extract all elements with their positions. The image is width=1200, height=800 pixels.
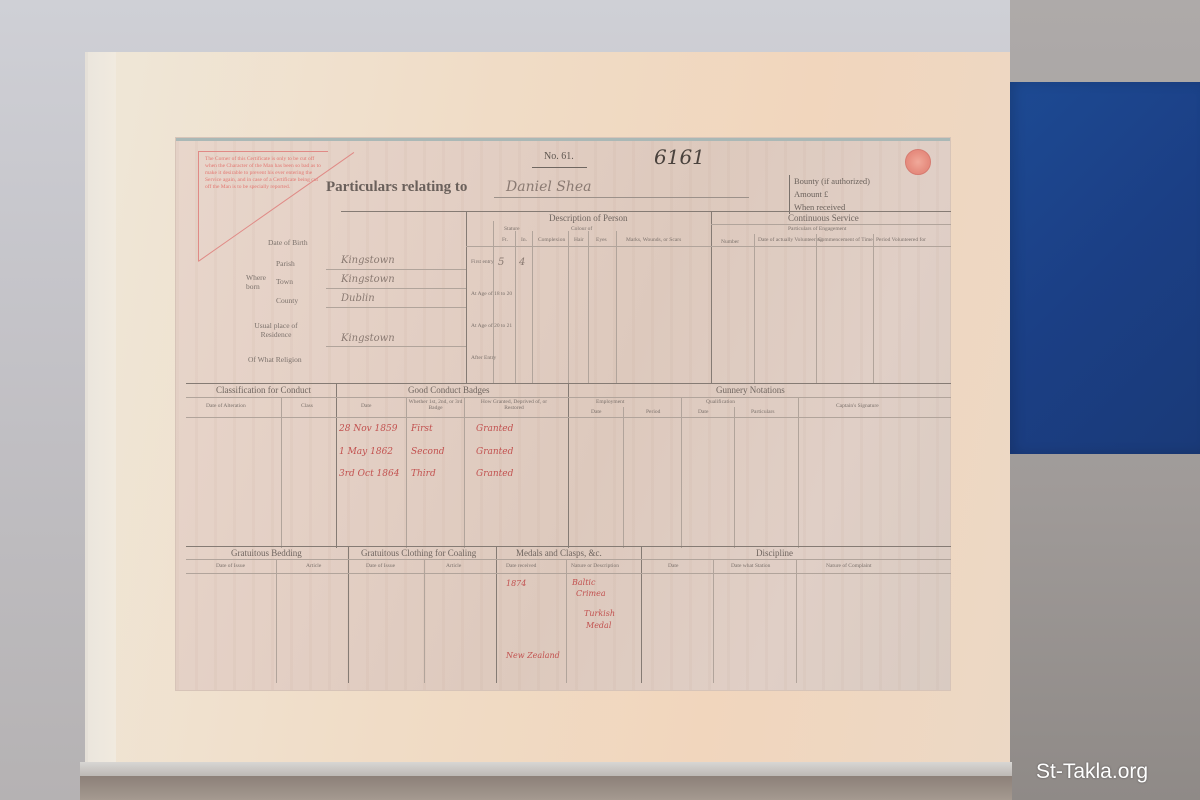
rule [336,383,337,548]
county-value: Dublin [341,293,375,304]
row-age-20-21: At Age of 20 to 21 [471,323,512,329]
parish-label: Parish [276,259,295,268]
rule [734,407,735,548]
religion-label: Of What Religion [248,355,302,364]
gunnery-col-period: Period [646,409,660,415]
clothing-col-date: Date of Issue [366,563,395,569]
stature-in-value: 4 [519,257,525,268]
badge-1-which: First [411,424,433,434]
medal-note-5: New Zealand [506,651,560,660]
rule [568,231,569,383]
rule [424,559,425,683]
rule [326,307,466,308]
discipline-header: Discipline [756,548,793,558]
class-col-class: Class [301,403,313,409]
rule [186,573,951,574]
cs-col-number: Number [721,239,739,245]
badge-col-how: How Granted, Deprived of, or Restored [474,399,554,411]
badge-2-how: Granted [476,447,513,457]
form-number: No. 61. [544,151,574,162]
medals-col-date: Date received [506,563,536,569]
bedding-header: Gratuitous Bedding [231,548,302,558]
rule [186,559,951,560]
gunnery-sub-employment: Employment [596,399,624,405]
rule [798,397,799,548]
rule [532,231,533,383]
red-corner-note: The Corner of this Certificate is only t… [198,151,328,261]
date-of-birth-label: Date of Birth [268,238,308,247]
gunnery-col-date2: Date [698,409,708,415]
marks-label: Marks, Wounds, or Scars [626,237,681,243]
rule [466,246,951,247]
rule [754,234,755,383]
rule [341,211,951,212]
badge-2-date: 1 May 1862 [339,447,393,457]
rule [348,546,349,683]
residence-label: Usual place of Residence [246,321,306,339]
rule [641,546,642,683]
residence-value: Kingstown [341,333,395,344]
gunnery-col-particulars: Particulars [751,409,775,415]
serial-number: 6161 [654,145,705,169]
medal-date: 1874 [506,579,526,588]
rule [616,231,617,383]
rule [873,234,874,383]
town-value: Kingstown [341,274,395,285]
blue-panel [1006,82,1200,454]
discipline-col-complaint: Nature of Complaint [826,563,872,569]
parish-value: Kingstown [341,255,395,266]
gunnery-header: Gunnery Notations [716,385,785,395]
row-after-entry: After Entry [471,355,496,361]
description-header: Description of Person [549,213,628,223]
continuous-service-header: Continuous Service [788,213,859,223]
medals-header: Medals and Clasps, &c. [516,548,602,558]
badge-3-which: Third [411,469,436,479]
rule [466,211,467,383]
class-col-date: Date of Alteration [206,403,246,409]
form-number-underline [532,167,587,168]
badge-2-which: Second [411,447,445,457]
badges-header: Good Conduct Badges [408,385,490,395]
medal-note-4: Medal [586,621,611,630]
rule [515,231,516,383]
rule [566,559,567,683]
watermark: St-Takla.org [1036,760,1148,784]
badge-1-date: 28 Nov 1859 [339,424,397,434]
gunnery-col-signature: Captain's Signature [836,403,879,409]
ft-label: Ft. [502,237,508,243]
medal-note-3: Turkish [584,609,615,618]
service-certificate: The Corner of this Certificate is only t… [176,138,950,690]
row-first-entry: First entry [471,259,494,265]
bounty-line-1: Bounty (if authorized) [794,175,870,188]
gunnery-col-date: Date [591,409,601,415]
complexion-label: Complexion [538,237,565,243]
rule [796,559,797,683]
cs-col-period: Period Volunteered for [876,237,926,243]
gunnery-sub-qualification: Qualification [706,399,735,405]
bedding-col-date: Date of Issue [216,563,245,569]
town-label: Town [276,277,293,286]
colour-label: Colour of [571,226,592,232]
document-title: Particulars relating to [326,179,467,196]
clothing-header: Gratuitous Clothing for Coaling [361,548,476,558]
rule [588,231,589,383]
rule [711,224,951,225]
badge-col-date: Date [361,403,371,409]
rule [711,211,712,383]
rule [186,417,951,418]
badge-col-which: Whether 1st, 2nd, or 3rd Badge [408,399,463,411]
discipline-col-station: Date what Station [731,563,770,569]
medal-note-1: Baltic [572,578,595,587]
badge-3-date: 3rd Oct 1864 [339,469,399,479]
hair-label: Hair [574,237,584,243]
in-label: In. [521,237,527,243]
eyes-label: Eyes [596,237,607,243]
rule [326,269,466,270]
rule [276,559,277,683]
stature-ft-value: 5 [498,257,504,268]
cs-col-commencement: Commencement of Time [818,237,873,243]
rule [281,397,282,548]
rule [568,383,569,548]
clothing-col-article: Article [446,563,461,569]
where-born-label: Where born [246,273,274,291]
row-age-18-20: At Age of 18 to 20 [471,291,512,297]
bounty-block: Bounty (if authorized) Amount £ When rec… [789,175,870,214]
medal-note-2: Crimea [576,589,606,598]
badge-3-how: Granted [476,469,513,479]
rule [186,397,951,398]
cs-col-volunteering: Date of actually Volunteering [758,237,823,243]
display-ledge [80,762,1012,776]
badge-1-how: Granted [476,424,513,434]
bedding-col-article: Article [306,563,321,569]
medals-col-nature: Nature or Description [571,563,619,569]
rule [186,546,951,547]
rule [464,397,465,548]
discipline-col-date: Date [668,563,678,569]
rule [326,346,466,347]
frame-mat-edge [88,52,116,772]
ledge-shadow [80,776,1012,800]
rule [326,288,466,289]
rule [496,546,497,683]
rule [623,407,624,548]
classification-header: Classification for Conduct [216,385,311,395]
name-underline [494,197,749,198]
county-label: County [276,296,298,305]
rule [816,234,817,383]
stature-label: Stature [504,226,520,232]
bounty-line-2: Amount £ [794,188,870,201]
rule [406,397,407,548]
rule [681,397,682,548]
red-stamp [905,149,931,175]
sailor-name: Daniel Shea [506,179,592,195]
engagement-subheader: Particulars of Engagement [788,226,846,232]
rule [713,559,714,683]
